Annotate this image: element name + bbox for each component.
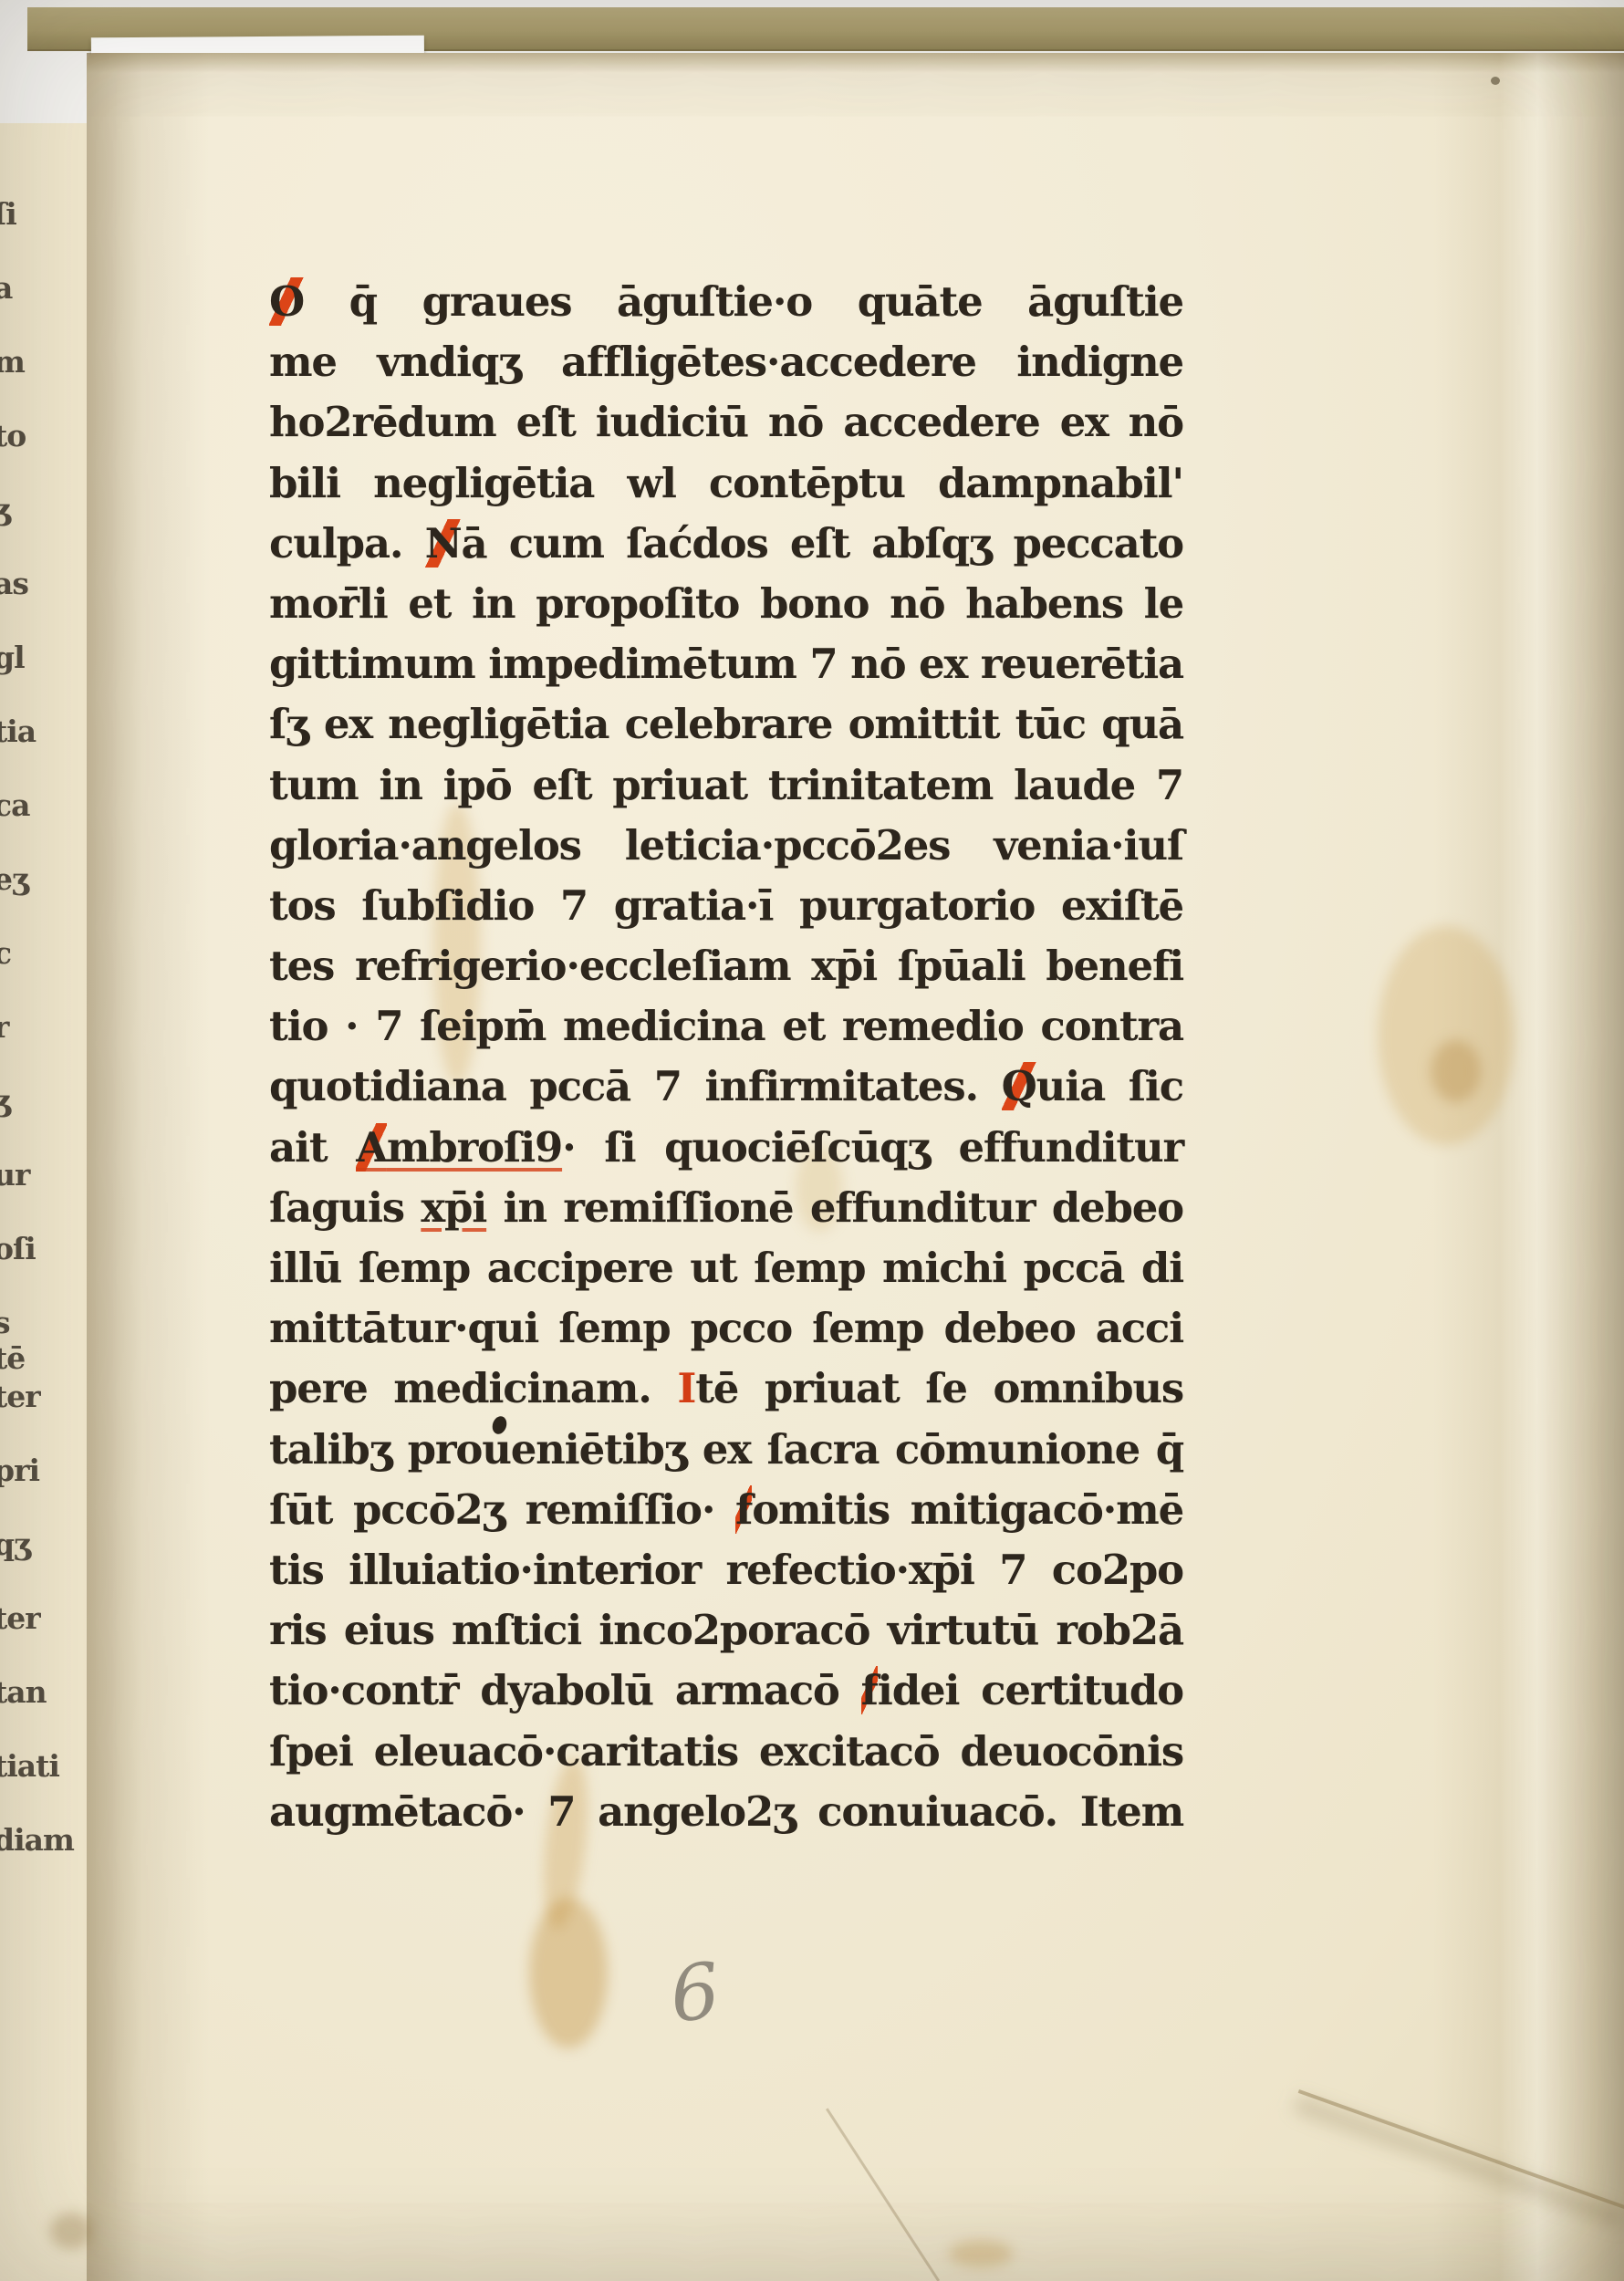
- show-through-fragment: ca: [0, 787, 36, 823]
- stain: [1431, 1040, 1481, 1102]
- text-line: tes refrigerio·eccleſiam xp̄i ſpūali ben…: [269, 936, 1183, 996]
- text-segment: illū ſemp accipere ut ſemp michi pccā di: [269, 1244, 1183, 1292]
- show-through-fragment: tan: [0, 1674, 36, 1710]
- text-segment: ris eius mſtici inco2poracō virtutū rob2…: [269, 1606, 1183, 1654]
- text-segment: quotidiana pccā 7 infirmitates.: [269, 1062, 1002, 1110]
- show-through-fragment: eʒ: [0, 861, 36, 897]
- text-line: talibʒ proueniētibʒ ex ſacra cōmunione q…: [269, 1420, 1183, 1480]
- rubricated-segment: O: [269, 277, 304, 326]
- text-segment: · ſi quociēſcūqʒ effunditur: [562, 1123, 1183, 1172]
- text-block: O q̄ graues āguſtie·o quāte āguſtieme vn…: [269, 272, 1183, 1842]
- text-line: tos ſubſidio 7 gratia·ī purgatorio exiſt…: [269, 876, 1183, 936]
- text-line: ſaguis xp̄i in remiſſionē effunditur deb…: [269, 1178, 1183, 1238]
- text-segment: mittātur·qui ſemp pcco ſemp debeo acci: [269, 1304, 1183, 1352]
- text-segment: tē priuat ſe omnibus: [695, 1364, 1183, 1412]
- text-line: gittimum impedimētum 7 nō ex reuerētia: [269, 634, 1183, 694]
- show-through-fragment: diam: [0, 1822, 36, 1858]
- text-segment: talibʒ proueniētibʒ ex ſacra cōmunione q…: [269, 1425, 1183, 1474]
- text-line: mittātur·qui ſemp pcco ſemp debeo acci: [269, 1298, 1183, 1359]
- show-through-fragment: to: [0, 418, 36, 453]
- ink-speck: [1491, 77, 1500, 85]
- text-segment: omitis mitigacō·mē: [752, 1485, 1183, 1534]
- text-segment: bili negligētia wl contēptu dampnabil': [269, 459, 1183, 507]
- rubricated-segment: xp̄i: [421, 1183, 486, 1232]
- text-segment: ſūt pccō2ʒ remiſſio·: [269, 1485, 735, 1534]
- text-segment: tio·contr̄ dyabolū armacō: [269, 1666, 861, 1714]
- text-line: culpa. Nā cum ſaćdos eſt abſqʒ peccato: [269, 514, 1183, 574]
- text-segment: idei certitudo: [878, 1666, 1183, 1714]
- text-line: tis illuiatio·interior refectio·xp̄i 7 c…: [269, 1540, 1183, 1600]
- text-line: ait Ambroſi9· ſi quociēſcūqʒ effunditur: [269, 1118, 1183, 1178]
- show-through-fragment: ſi: [0, 196, 36, 232]
- text-segment: ait: [269, 1123, 356, 1172]
- text-line: me vndiqʒ affligētes·accedere indigne: [269, 332, 1183, 392]
- pencil-mark: 6: [666, 1945, 724, 2039]
- page-top-edge: [87, 53, 1624, 73]
- text-segment: tis illuiatio·interior refectio·xp̄i 7 c…: [269, 1546, 1183, 1594]
- rubricated-segment: f: [735, 1485, 752, 1534]
- rubricated-segment: I: [677, 1364, 695, 1412]
- text-segment: me vndiqʒ affligētes·accedere indigne: [269, 338, 1183, 386]
- photo-of-incunable-page: ſiamtoʒasgltiacaeʒcrʒuroſis tēterpriqʒte…: [0, 0, 1624, 2281]
- text-segment: augmētacō· 7 angelo2ʒ conuiuacō. Item: [269, 1787, 1183, 1836]
- text-segment: tes refrigerio·eccleſiam xp̄i ſpūali ben…: [269, 942, 1183, 990]
- stain: [529, 1898, 608, 2048]
- text-line: mor̄li et in propoſito bono nō habens le: [269, 574, 1183, 634]
- show-through-fragment: a: [0, 270, 36, 306]
- show-through-fragment: c: [0, 935, 36, 971]
- show-through-fragment: ter: [0, 1600, 36, 1636]
- text-line: tio · 7 ſeipm̄ medicina et remedio contr…: [269, 996, 1183, 1057]
- text-line: gloria·angelos leticia·pccō2es venia·iuſ: [269, 816, 1183, 876]
- show-through-fragment: s tē: [0, 1305, 36, 1376]
- stain: [50, 2213, 92, 2249]
- show-through-fragment: ter: [0, 1379, 36, 1414]
- show-through-fragment: as: [0, 566, 36, 601]
- text-segment: ho2rēdum eſt iudiciū nō accedere ex nō: [269, 398, 1183, 446]
- text-segment: mor̄li et in propoſito bono nō habens le: [269, 579, 1183, 628]
- text-segment: tio · 7 ſeipm̄ medicina et remedio contr…: [269, 1002, 1183, 1050]
- text-line: ſʒ ex negligētia celebrare omittit tūc q…: [269, 694, 1183, 755]
- rubricated-segment: f: [861, 1666, 878, 1714]
- stain: [949, 2240, 1013, 2267]
- show-through-fragment: r: [0, 1009, 36, 1045]
- text-segment: in remiſſionē effunditur debeo: [486, 1183, 1183, 1232]
- text-line: pere medicinam. Itē priuat ſe omnibus: [269, 1359, 1183, 1419]
- text-line: tum in ipō eſt priuat trinitatem laude 7: [269, 755, 1183, 816]
- text-segment: gittimum impedimētum 7 nō ex reuerētia: [269, 640, 1183, 688]
- rubricated-segment: Q: [1002, 1062, 1036, 1110]
- show-through-fragment: gl: [0, 640, 36, 675]
- show-through-fragment: ʒ: [0, 1083, 36, 1119]
- text-segment: gloria·angelos leticia·pccō2es venia·iuſ: [269, 821, 1183, 870]
- gutter-shadow: [87, 53, 210, 2281]
- show-through-fragment: pri: [0, 1453, 36, 1488]
- text-line: illū ſemp accipere ut ſemp michi pccā di: [269, 1238, 1183, 1298]
- text-line: tio·contr̄ dyabolū armacō fidei certitud…: [269, 1661, 1183, 1721]
- rubricated-segment: A: [356, 1123, 387, 1172]
- text-line: ris eius mſtici inco2poracō virtutū rob2…: [269, 1600, 1183, 1661]
- show-through-fragment: ʒ: [0, 492, 36, 527]
- stain: [1378, 926, 1515, 1145]
- text-line: augmētacō· 7 angelo2ʒ conuiuacō. Item: [269, 1782, 1183, 1842]
- show-through-fragment: tia: [0, 713, 36, 749]
- show-through-fragment: tiati: [0, 1748, 36, 1784]
- show-through-fragment: m: [0, 344, 36, 380]
- text-segment: uia ſic: [1036, 1062, 1183, 1110]
- text-line: O q̄ graues āguſtie·o quāte āguſtie: [269, 272, 1183, 332]
- text-segment: ā cum ſaćdos eſt abſqʒ peccato: [462, 519, 1184, 568]
- text-segment: ſaguis: [269, 1183, 421, 1232]
- text-segment: q̄ graues āguſtie·o quāte āguſtie: [304, 277, 1183, 326]
- rubricated-segment: N: [425, 519, 462, 568]
- text-segment: tum in ipō eſt priuat trinitatem laude 7: [269, 761, 1183, 809]
- text-line: bili negligētia wl contēptu dampnabil': [269, 453, 1183, 514]
- text-line: quotidiana pccā 7 infirmitates. Quia ſic: [269, 1057, 1183, 1117]
- show-through-fragment: ur: [0, 1157, 36, 1193]
- text-segment: ſpei eleuacō·caritatis excitacō deuocōni…: [269, 1727, 1183, 1776]
- text-line: ho2rēdum eſt iudiciū nō accedere ex nō: [269, 392, 1183, 453]
- fore-edge-curve: [1432, 53, 1624, 2281]
- text-segment: tos ſubſidio 7 gratia·ī purgatorio exiſt…: [269, 881, 1183, 930]
- rubricated-segment: mbroſi9: [387, 1123, 562, 1172]
- text-segment: culpa.: [269, 519, 425, 568]
- text-line: ſūt pccō2ʒ remiſſio· fomitis mitigacō·mē: [269, 1480, 1183, 1540]
- text-line: ſpei eleuacō·caritatis excitacō deuocōni…: [269, 1722, 1183, 1782]
- show-through-fragment: oſi: [0, 1231, 36, 1266]
- text-segment: ſʒ ex negligētia celebrare omittit tūc q…: [269, 700, 1183, 748]
- show-through-fragment: qʒ: [0, 1526, 36, 1562]
- text-segment: pere medicinam.: [269, 1364, 677, 1412]
